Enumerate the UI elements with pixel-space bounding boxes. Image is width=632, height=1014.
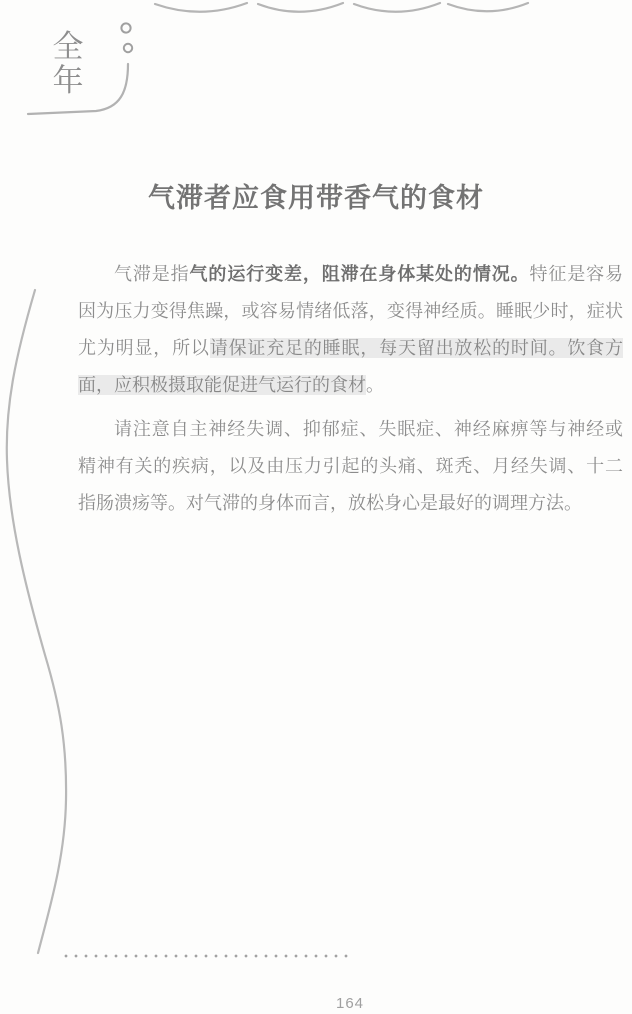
chapter-title: 气滞者应食用带香气的食材 (0, 180, 632, 216)
text-segment: 因为压力变得焦躁，或容易情绪低落，变得神经质。睡眠少时，症状 (78, 301, 623, 321)
cloud-edge-decoration (150, 0, 535, 22)
highlighted-text: 面，应积极摄取能促进气运行的食材 (78, 375, 366, 395)
paragraph: 请注意自主神经失调、抑郁症、失眠症、神经麻痹等与神经或精神有关的疾病，以及由压力… (78, 411, 623, 522)
text-segment: 气滞是指 (114, 264, 190, 284)
text-segment: 特征是容易 (529, 264, 623, 284)
text-segment: 请注意自主神经失调、抑郁症、失眠症、神经麻痹等与神经或 (114, 419, 623, 439)
corner-flourish (20, 20, 145, 120)
text-segment: 。 (366, 375, 384, 395)
text-line: 请注意自主神经失调、抑郁症、失眠症、神经麻痹等与神经或 (78, 411, 623, 448)
text-segment: 精神有关的疾病，以及由压力引起的头痛、斑秃、月经失调、十二 (78, 456, 623, 476)
page-number: 164 (0, 995, 632, 1012)
text-line: 因为压力变得焦躁，或容易情绪低落，变得神经质。睡眠少时，症状 (78, 293, 623, 330)
paragraph: 气滞是指气的运行变差，阻滞在身体某处的情况。特征是容易因为压力变得焦躁，或容易情… (78, 256, 623, 404)
text-line: 尤为明显，所以请保证充足的睡眠，每天留出放松的时间。饮食方 (78, 330, 623, 367)
emphasized-text: 气的运行变差，阻滞在身体某处的情况。 (190, 264, 530, 284)
body-text: 气滞是指气的运行变差，阻滞在身体某处的情况。特征是容易因为压力变得焦躁，或容易情… (78, 256, 623, 522)
text-line: 精神有关的疾病，以及由压力引起的头痛、斑秃、月经失调、十二 (78, 448, 623, 485)
dotted-divider (64, 953, 352, 959)
left-margin-flourish (0, 285, 80, 965)
text-segment: 尤为明显，所以 (78, 338, 210, 358)
text-line: 面，应积极摄取能促进气运行的食材。 (78, 367, 623, 404)
text-line: 气滞是指气的运行变差，阻滞在身体某处的情况。特征是容易 (78, 256, 623, 293)
book-page: 全年 气滞者应食用带香气的食材 气滞是指气的运行变差，阻滞在身体某处的情况。特征… (0, 0, 632, 1014)
highlighted-text: 请保证充足的睡眠，每天留出放松的时间。饮食方 (210, 338, 623, 358)
text-segment: 指肠溃疡等。对气滞的身体而言，放松身心是最好的调理方法。 (78, 493, 582, 513)
text-line: 指肠溃疡等。对气滞的身体而言，放松身心是最好的调理方法。 (78, 485, 623, 522)
